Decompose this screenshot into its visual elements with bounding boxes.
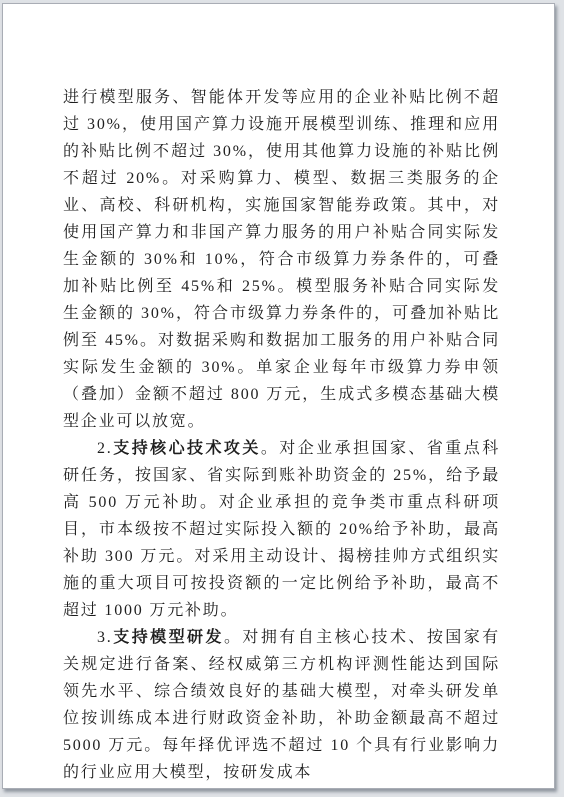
paragraph-body-text: 3. (97, 629, 113, 646)
paragraph-body-text: 。对企业承担国家、省重点科研任务，按国家、省实际到账补助资金的 25%，给予最高… (63, 440, 500, 619)
document-text-block: 进行模型服务、智能体开发等应用的企业补贴比例不超过 30%，使用国产算力设施开展… (63, 84, 500, 786)
paragraph-body-text: 进行模型服务、智能体开发等应用的企业补贴比例不超过 30%，使用国产算力设施开展… (63, 89, 500, 430)
paragraph-2: 2.支持核心技术攻关。对企业承担国家、省重点科研任务，按国家、省实际到账补助资金… (63, 435, 500, 624)
document-canvas: 进行模型服务、智能体开发等应用的企业补贴比例不超过 30%，使用国产算力设施开展… (0, 0, 564, 797)
paragraph-1: 进行模型服务、智能体开发等应用的企业补贴比例不超过 30%，使用国产算力设施开展… (63, 84, 500, 435)
paragraph-3: 3.支持模型研发。对拥有自主核心技术、按国家有关规定进行备案、经权威第三方机构评… (63, 624, 500, 786)
paragraph-heading-text: 支持模型研发 (113, 629, 224, 646)
paragraph-body-text: 2. (97, 440, 113, 457)
document-page: 进行模型服务、智能体开发等应用的企业补贴比例不超过 30%，使用国产算力设施开展… (2, 3, 555, 789)
paragraph-body-text: 。对拥有自主核心技术、按国家有关规定进行备案、经权威第三方机构评测性能达到国际领… (63, 629, 500, 781)
paragraph-heading-text: 支持核心技术攻关 (113, 440, 261, 457)
